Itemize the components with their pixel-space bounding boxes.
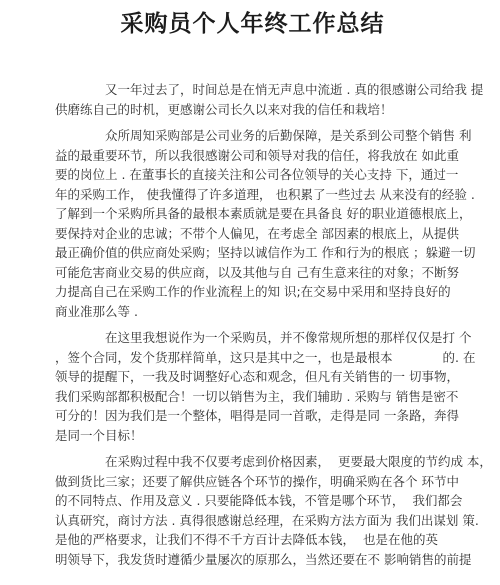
paragraph-purchasing-role: 众所周知采购部是公司业务的后勤保障，是关系到公司整个销售 利 益的最重要环节，所… [55, 126, 450, 321]
document-title: 采购员个人年终工作总结 [55, 8, 450, 40]
paragraph-buyer-teamwork: 在这里我想说作为一个采购员，并不像常规所想的那样仅仅是打 个 ，签个合同，发个货… [55, 328, 450, 445]
document-page: 采购员个人年终工作总结 又一年过去了，时间总是在悄无声息中流逝 . 真的很感谢公… [0, 0, 500, 585]
paragraph-cost-saving: 在采购过程中我不仅要考虑到价格因素， 更要最大限度的节约成 本， 做到货比三家；… [55, 452, 450, 569]
paragraph-opening-thanks: 又一年过去了，时间总是在悄无声息中流逝 . 真的很感谢公司给我 提 供磨练自己的… [55, 80, 450, 119]
document-body: 又一年过去了，时间总是在悄无声息中流逝 . 真的很感谢公司给我 提 供磨练自己的… [55, 80, 450, 569]
